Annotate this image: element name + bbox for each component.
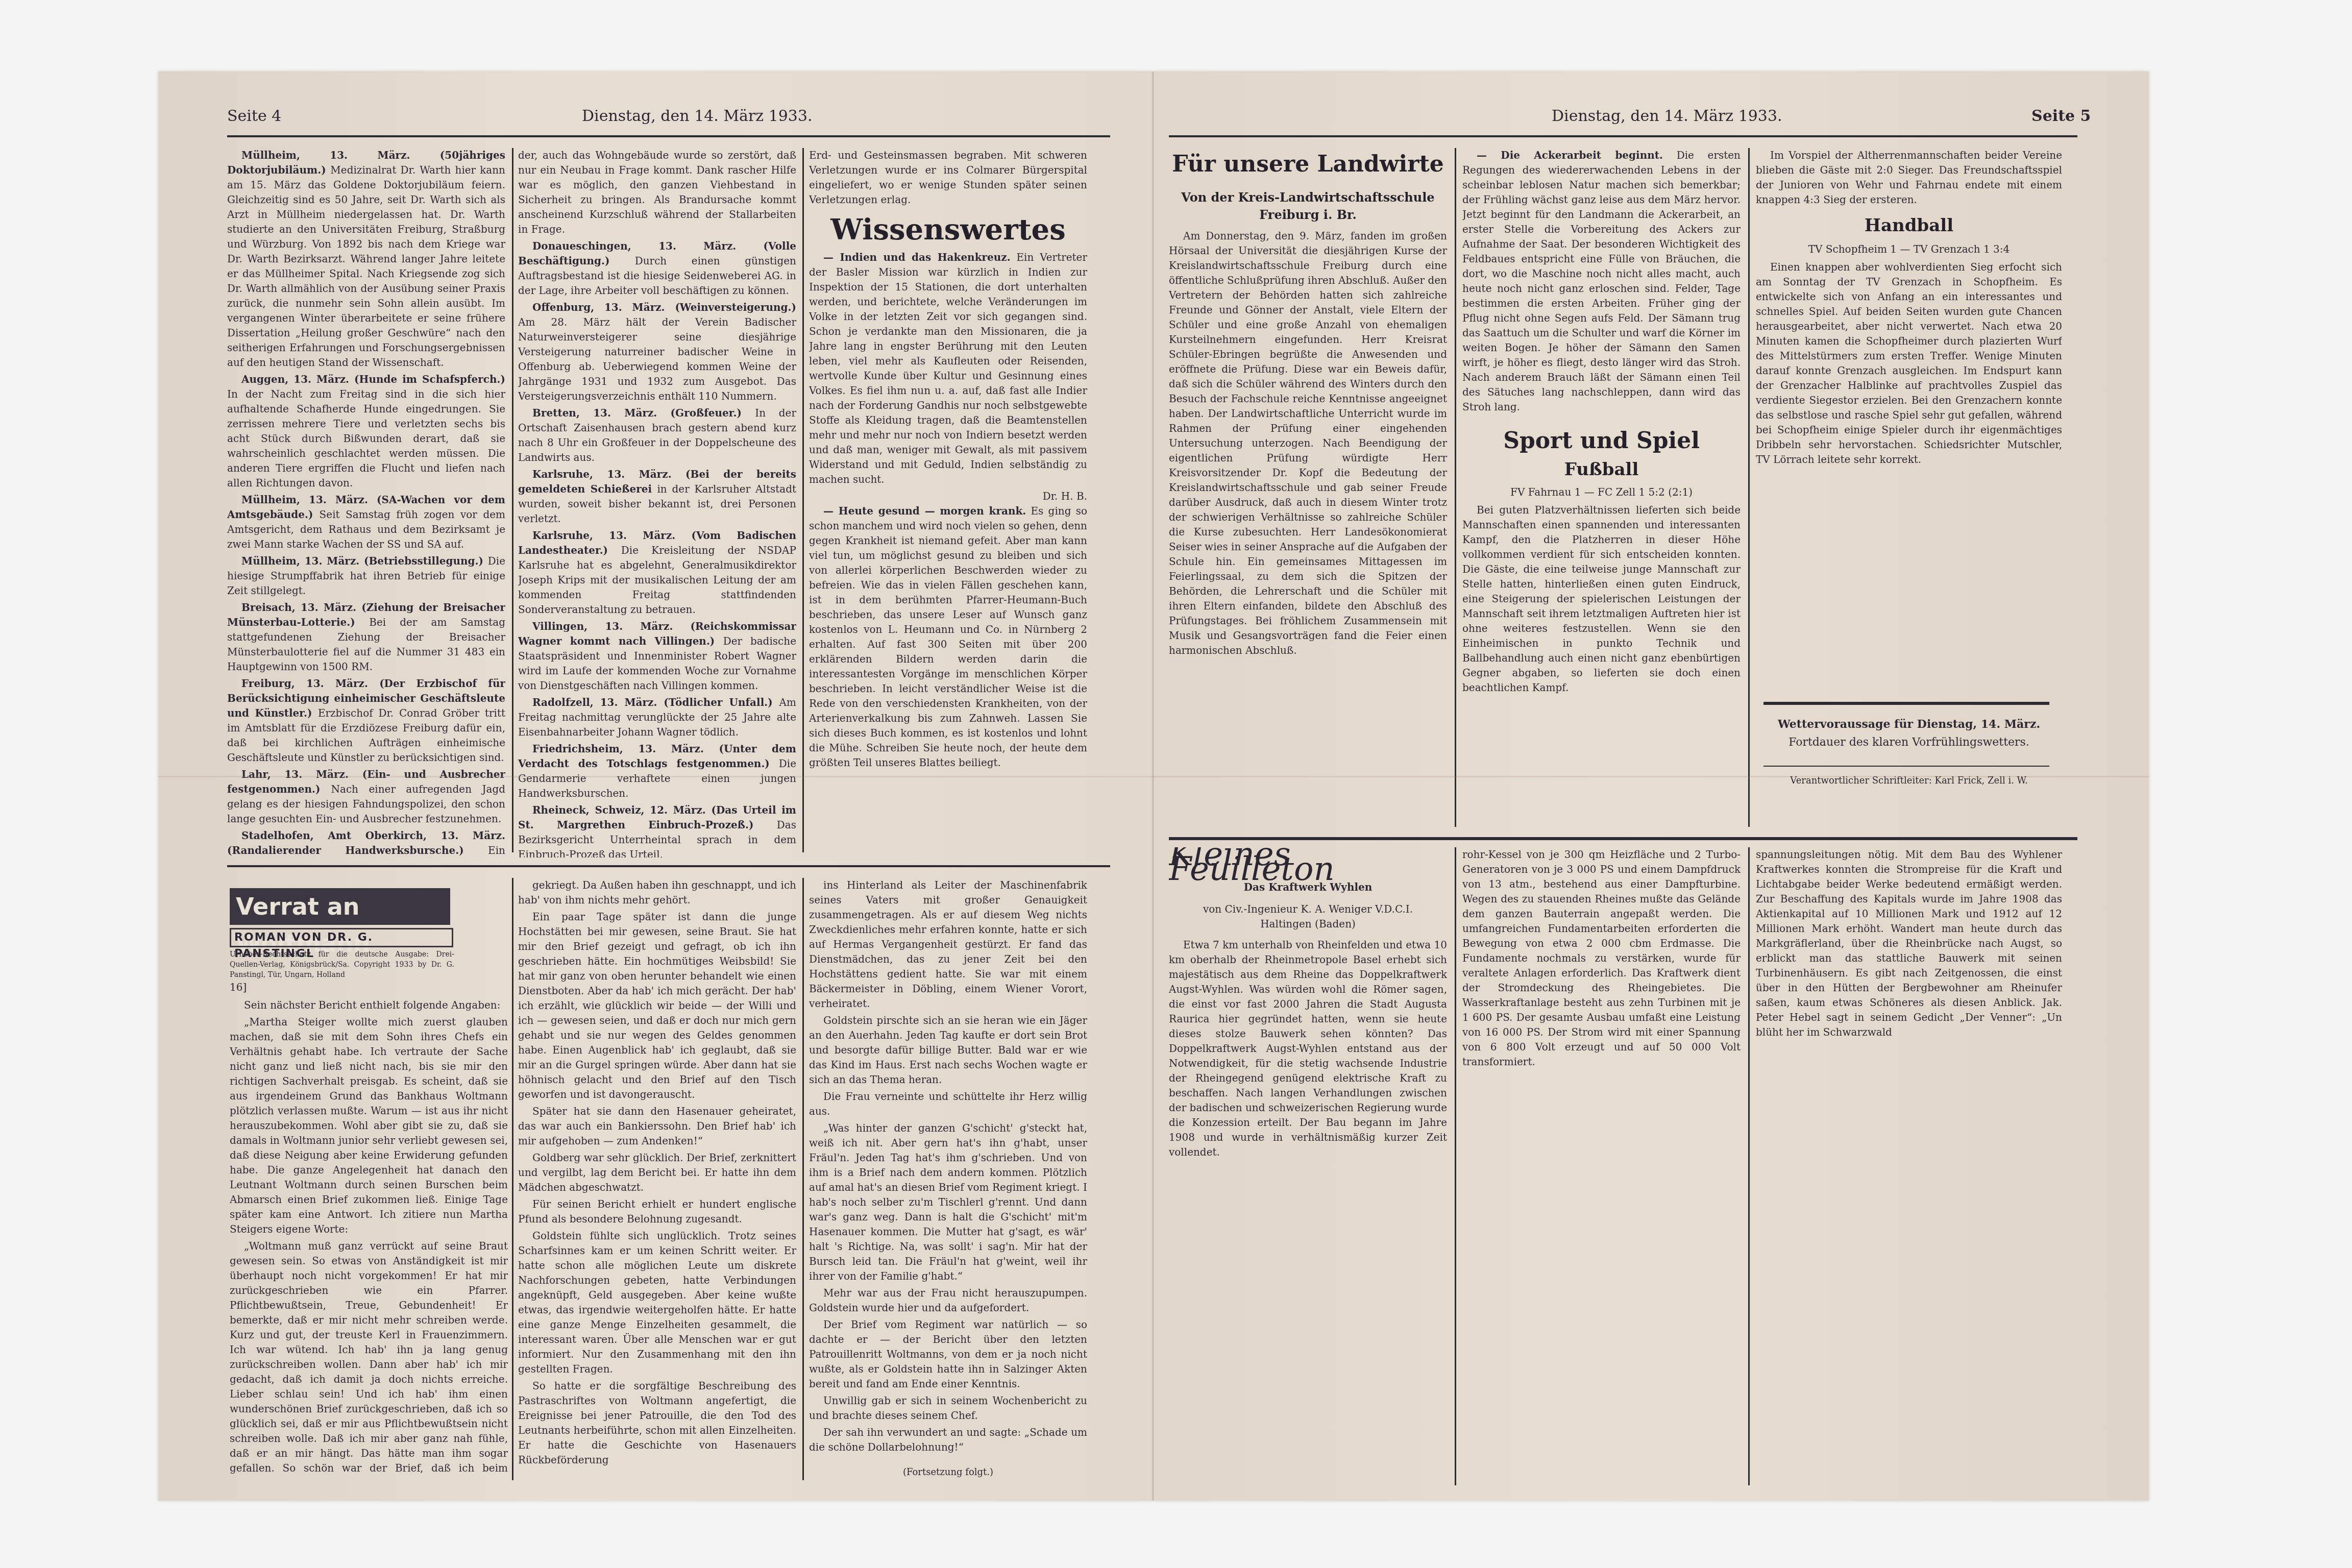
serial-paragraph: Später hat sie dann den Hasenauer geheir…: [518, 1104, 796, 1148]
feuilleton-rule: [1169, 837, 2077, 840]
news-text: In der Nacht zum Freitag sind in die sic…: [227, 388, 505, 489]
article-text-2: Es ging so schon manchem und wird noch v…: [809, 505, 1087, 769]
news-dateline: Friedrichsheim, 13. März. (Unter dem Ver…: [518, 743, 796, 770]
serial-paragraph: Der sah ihn verwundert an und sagte: „Sc…: [809, 1425, 1087, 1455]
serial-paragraph: Ein paar Tage später ist dann die junge …: [518, 910, 796, 1102]
farmers-subtitle: Von der Kreis-Landwirtschaftsschule Frei…: [1169, 189, 1447, 224]
news-item: Donaueschingen, 13. März. (Volle Beschäf…: [518, 239, 796, 298]
continuation-text: Erd- und Gesteinsmassen begraben. Mit sc…: [809, 148, 1087, 207]
weather-forecast: Fortdauer des klaren Vorfrühlingswetters…: [1756, 735, 2062, 750]
serial-column-1: Sein nächster Bericht enthielt folgende …: [230, 998, 508, 1478]
news-dateline: Radolfzell, 13. März. (Tödlicher Unfall.…: [532, 696, 779, 708]
section-rule: [227, 865, 1110, 867]
news-item: Stadelhofen, Amt Oberkirch, 13. März. (R…: [227, 828, 505, 857]
serial-paragraph: Der Brief vom Regiment war natürlich — s…: [809, 1317, 1087, 1391]
serial-paragraph: Goldstein pirschte sich an sie heran wie…: [809, 1013, 1087, 1087]
handball-title: Handball: [1756, 212, 2062, 239]
serial-paragraph: ins Hinterland als Leiter der Maschinenf…: [809, 878, 1087, 1011]
feuilleton-text-1: Etwa 7 km unterhalb von Rheinfelden und …: [1169, 938, 1447, 1160]
news-item: Offenburg, 13. März. (Weinversteigerung.…: [518, 300, 796, 404]
newspaper-page-4: Seite 4 Dienstag, den 14. März 1933. Mül…: [158, 71, 1154, 1501]
news-item: Müllheim, 13. März. (50jähriges Doktorju…: [227, 148, 505, 370]
serial-paragraph: So hatte er die sorgfältige Beschreibung…: [518, 1379, 796, 1467]
serial-paragraph: „Woltmann muß ganz verrückt auf seine Br…: [230, 1239, 508, 1478]
agriculture-sport-column: — Die Ackerarbeit beginnt. Die ersten Re…: [1462, 148, 1741, 827]
section-title-sport: Sport und Spiel: [1462, 425, 1741, 457]
weather-title: Wettervoraussage für Dienstag, 14. März.: [1756, 717, 2062, 732]
feuilleton-column-3: spannungsleitungen nötig. Mit dem Bau de…: [1756, 847, 2062, 1485]
page-number: Seite 4: [227, 107, 281, 125]
news-item: der, auch das Wohngebäude wurde so zerst…: [518, 148, 796, 237]
football-title: Fußball: [1462, 457, 1741, 482]
news-text: Medizinalrat Dr. Warth hier kann am 15. …: [227, 164, 505, 369]
page-number: Seite 5: [2031, 107, 2091, 125]
handball-text: Einen knappen aber wohlverdienten Sieg e…: [1756, 260, 2062, 467]
serial-paragraph: Goldberg war sehr glücklich. Der Brief, …: [518, 1150, 796, 1195]
news-item: Müllheim, 13. März. (Betriebsstillegung.…: [227, 554, 505, 598]
serial-title: Verrat an Woltmann: [230, 888, 450, 925]
serial-paragraph: „Was hinter der ganzen G'schicht' g'stec…: [809, 1121, 1087, 1284]
news-item: Villingen, 13. März. (Reichskommissar Wa…: [518, 619, 796, 693]
feuilleton-column-1: Kleines Feuilleton Das Kraftwerk Wyhlen …: [1169, 847, 1447, 1485]
weather-rule: [1763, 702, 2049, 705]
serial-paragraph: Die Frau verneinte und schüttelte ihr He…: [809, 1089, 1087, 1119]
news-item: Bretten, 13. März. (Großfeuer.) In der O…: [518, 406, 796, 465]
serial-paragraph: Für seinen Bericht erhielt er hundert en…: [518, 1197, 796, 1227]
news-text: der, auch das Wohngebäude wurde so zerst…: [518, 149, 796, 235]
feuilleton-author-place: Haltingen (Baden): [1169, 917, 1447, 932]
news-item: Auggen, 13. März. (Hunde im Schafspferch…: [227, 372, 505, 491]
section-title-farmers: Für unsere Landwirte: [1169, 148, 1447, 181]
news-dateline: Auggen, 13. März. (Hunde im Schafspferch…: [241, 373, 505, 385]
installment-number: 16]: [230, 980, 250, 995]
date-line: Dienstag, den 14. März 1933.: [582, 107, 813, 125]
news-item: Radolfzell, 13. März. (Tödlicher Unfall.…: [518, 695, 796, 740]
news-dateline: Rheineck, Schweiz, 12. März. (Das Urteil…: [518, 804, 796, 831]
news-item: Friedrichsheim, 13. März. (Unter dem Ver…: [518, 742, 796, 801]
handball-match-result: TV Schopfheim 1 — TV Grenzach 1 3:4: [1756, 242, 2062, 257]
serial-subtitle: ROMAN VON DR. G. PANSTINGL: [230, 928, 453, 947]
news-item: Rheineck, Schweiz, 12. März. (Das Urteil…: [518, 803, 796, 857]
news-dateline: Bretten, 13. März. (Großfeuer.): [532, 407, 755, 419]
column-rule: [802, 148, 804, 852]
wissenswertes-column: Erd- und Gesteinsmassen begraben. Mit sc…: [809, 148, 1087, 857]
feuilleton-column-2: rohr-Kessel von je 300 qm Heizfläche und…: [1462, 847, 1741, 1485]
acker-text: Die ersten Regungen des wiedererwachende…: [1462, 149, 1741, 413]
header-rule: [227, 135, 1110, 137]
article-lead: — Indien und das Hakenkreuz.: [823, 251, 1011, 263]
newspaper-page-5: Dienstag, den 14. März 1933. Seite 5 Für…: [1154, 71, 2149, 1501]
serial-paragraph: Mehr war aus der Frau nicht herauszupump…: [809, 1286, 1087, 1315]
serial-paragraph: Unwillig gab er sich in seinem Wochenber…: [809, 1393, 1087, 1423]
news-item: Breisach, 13. März. (Ziehung der Breisac…: [227, 600, 505, 674]
news-dateline: Offenburg, 13. März. (Weinversteigerung.…: [532, 301, 796, 313]
football-note: Im Vorspiel der Altherrenmannschaften be…: [1756, 148, 2062, 207]
horizontal-fold: [158, 776, 2149, 777]
to-be-continued: (Fortsetzung folgt.): [809, 1465, 1087, 1480]
serial-paragraph: „Martha Steiger wollte mich zuerst glaub…: [230, 1015, 508, 1237]
serial-paragraph: Goldstein fühlte sich unglücklich. Trotz…: [518, 1229, 796, 1377]
football-text: Bei guten Platzverhältnissen lieferten s…: [1462, 503, 1741, 695]
serial-column-2: gekriegt. Da Außen haben ihn geschnappt,…: [518, 878, 796, 1480]
header-rule: [1169, 135, 2077, 137]
sport-continued-column: Im Vorspiel der Altherrenmannschaften be…: [1756, 148, 2062, 689]
news-item: Karlsruhe, 13. März. (Bei der bereits ge…: [518, 467, 796, 526]
column-rule: [1455, 847, 1456, 1485]
local-news-column-1: Müllheim, 13. März. (50jähriges Doktorju…: [227, 148, 505, 857]
serial-column-3: ins Hinterland als Leiter der Maschinenf…: [809, 878, 1087, 1460]
news-text: Am 28. März hält der Verein Badischer Na…: [518, 316, 796, 402]
farmers-column: Für unsere Landwirte Von der Kreis-Landw…: [1169, 148, 1447, 827]
serial-paragraph: Sein nächster Bericht enthielt folgende …: [230, 998, 508, 1013]
news-item: Freiburg, 13. März. (Der Erzbischof für …: [227, 676, 505, 765]
column-rule: [512, 148, 513, 852]
column-rule: [1455, 148, 1456, 827]
serial-copyright: Urheber-Rechtsschutz für die deutsche Au…: [230, 949, 454, 980]
article-text: Ein Vertreter der Basler Mission war kür…: [809, 251, 1087, 485]
column-rule: [1748, 847, 1750, 1485]
column-rule: [802, 878, 804, 1480]
acker-lead: — Die Ackerarbeit beginnt.: [1477, 149, 1663, 161]
news-item: Müllheim, 13. März. (SA-Wachen vor dem A…: [227, 493, 505, 552]
article-signature: Dr. H. B.: [809, 489, 1087, 504]
section-title-wissenswertes: Wissenswertes: [809, 209, 1087, 250]
feuilleton-title: Kleines Feuilleton: [1169, 847, 1447, 877]
column-rule: [512, 878, 513, 1480]
feuilleton-text-3: spannungsleitungen nötig. Mit dem Bau de…: [1756, 847, 2062, 1040]
date-line: Dienstag, den 14. März 1933.: [1552, 107, 1782, 125]
local-news-column-2: der, auch das Wohngebäude wurde so zerst…: [518, 148, 796, 857]
column-rule: [1748, 148, 1750, 827]
serial-paragraph: gekriegt. Da Außen haben ihn geschnappt,…: [518, 878, 796, 908]
article-lead-2: — Heute gesund — morgen krank.: [823, 505, 1026, 517]
news-dateline: Stadelhofen, Amt Oberkirch, 13. März. (R…: [227, 829, 505, 856]
farmers-text: Am Donnerstag, den 9. März, fanden im gr…: [1169, 229, 1447, 658]
football-match-result: FV Fahrnau 1 — FC Zell 1 5:2 (2:1): [1462, 485, 1741, 500]
feuilleton-text-2: rohr-Kessel von je 300 qm Heizfläche und…: [1462, 847, 1741, 1069]
news-item: Karlsruhe, 13. März. (Vom Badischen Land…: [518, 528, 796, 617]
news-dateline: Müllheim, 13. März. (Betriebsstillegung.…: [241, 555, 488, 567]
feuilleton-author: von Civ.-Ingenieur K. A. Weniger V.D.C.I…: [1169, 902, 1447, 917]
editor-rule: [1763, 766, 2049, 767]
